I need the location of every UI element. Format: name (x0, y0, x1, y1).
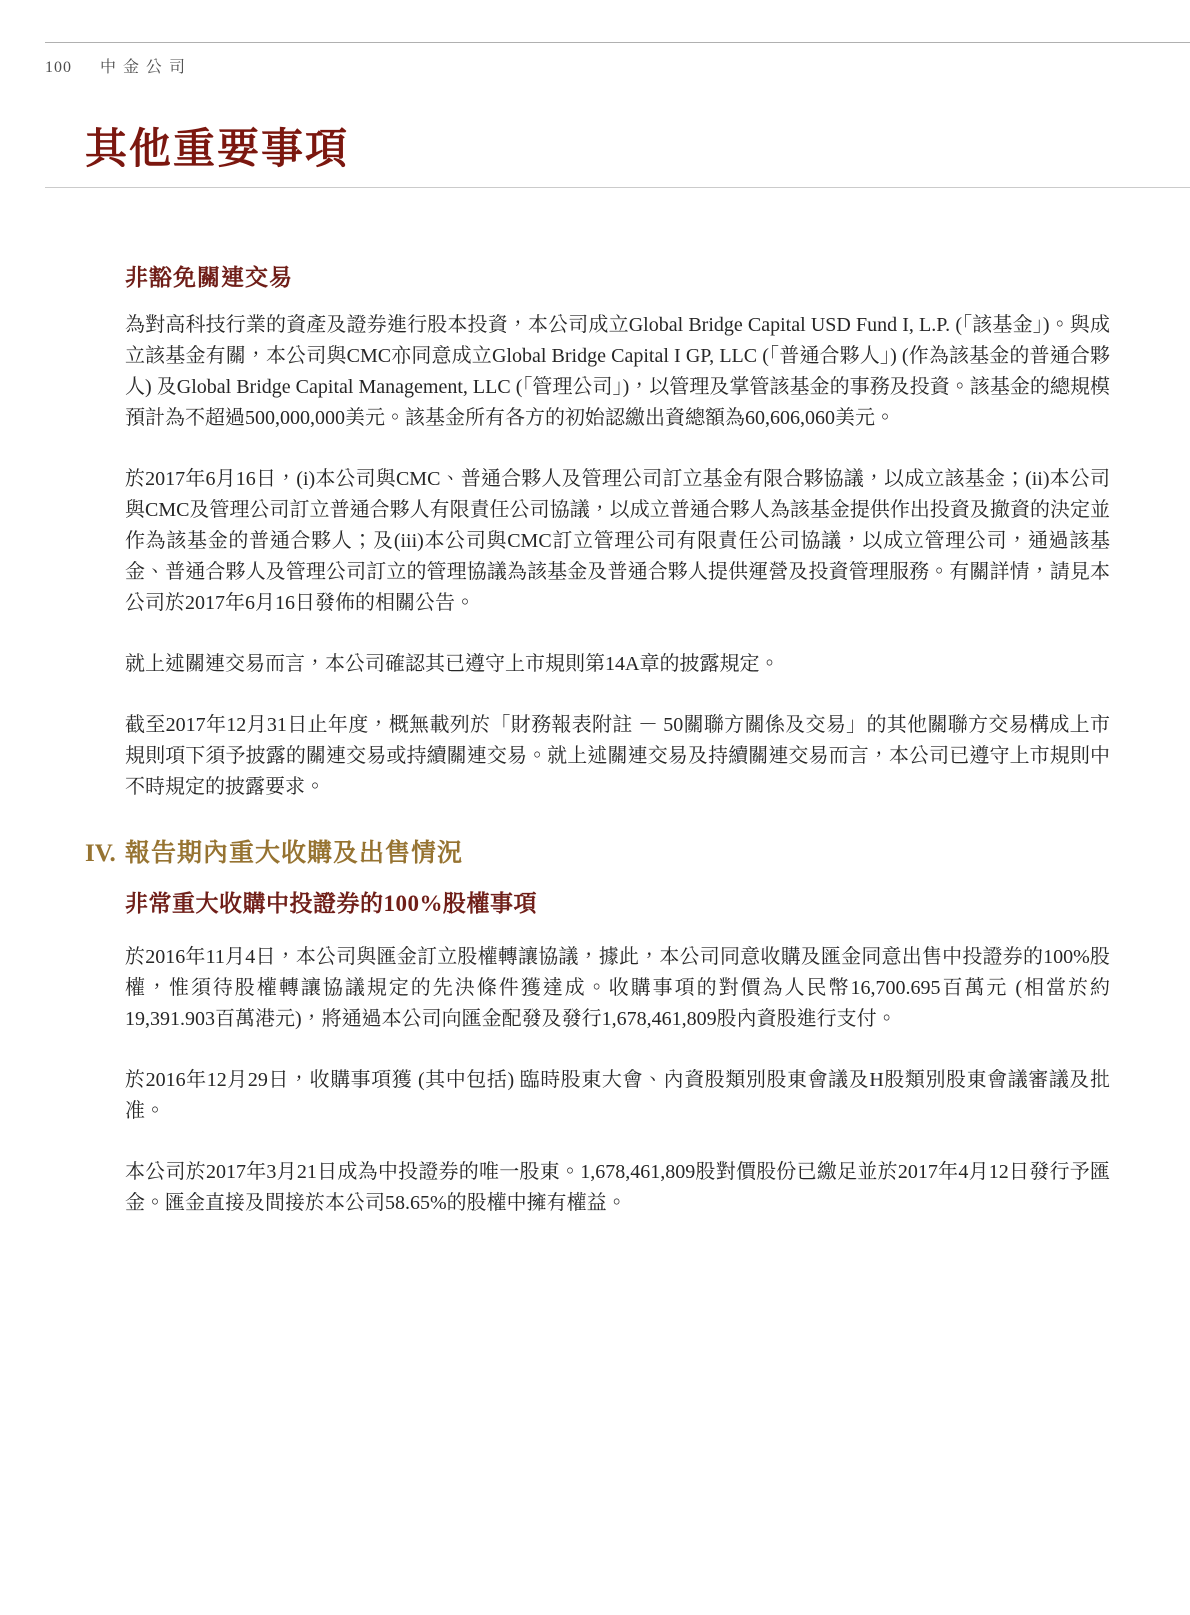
paragraph: 截至2017年12月31日止年度，概無載列於「財務報表附註 － 50關聯方關係及… (125, 710, 1110, 803)
company-name: 中金公司 (100, 54, 192, 77)
section-numeral: IV. (85, 840, 125, 868)
header-rule (45, 42, 1190, 43)
paragraph: 於2016年12月29日，收購事項獲 (其中包括) 臨時股東大會、內資股類別股東… (125, 1065, 1110, 1127)
paragraph: 於2016年11月4日，本公司與匯金訂立股權轉讓協議，據此，本公司同意收購及匯金… (125, 942, 1110, 1035)
acquisitions-subheading: 非常重大收購中投證券的100%股權事項 (125, 885, 1110, 918)
paragraph: 本公司於2017年3月21日成為中投證券的唯一股東。1,678,461,809股… (125, 1157, 1110, 1219)
page-number: 100 (45, 59, 72, 77)
section-heading-row: IV. 報告期內重大收購及出售情況 (85, 833, 1190, 869)
paragraph: 為對高科技行業的資產及證券進行股本投資，本公司成立Global Bridge C… (125, 310, 1110, 434)
page-title: 其他重要事項 (85, 124, 1190, 177)
section-material-acquisitions: IV. 報告期內重大收購及出售情況 非常重大收購中投證券的100%股權事項 於2… (0, 833, 1190, 1219)
title-rule (45, 187, 1190, 188)
section-related-party-transactions: 非豁免關連交易 為對高科技行業的資產及證券進行股本投資，本公司成立Global … (0, 259, 1190, 803)
page-header: 100 中金公司 (45, 54, 1190, 77)
paragraph: 就上述關連交易而言，本公司確認其已遵守上市規則第14A章的披露規定。 (125, 649, 1110, 680)
paragraph: 於2017年6月16日，(i)本公司與CMC、普通合夥人及管理公司訂立基金有限合… (125, 464, 1110, 619)
acquisitions-heading: 報告期內重大收購及出售情況 (125, 833, 463, 869)
related-transactions-heading: 非豁免關連交易 (125, 259, 1110, 292)
